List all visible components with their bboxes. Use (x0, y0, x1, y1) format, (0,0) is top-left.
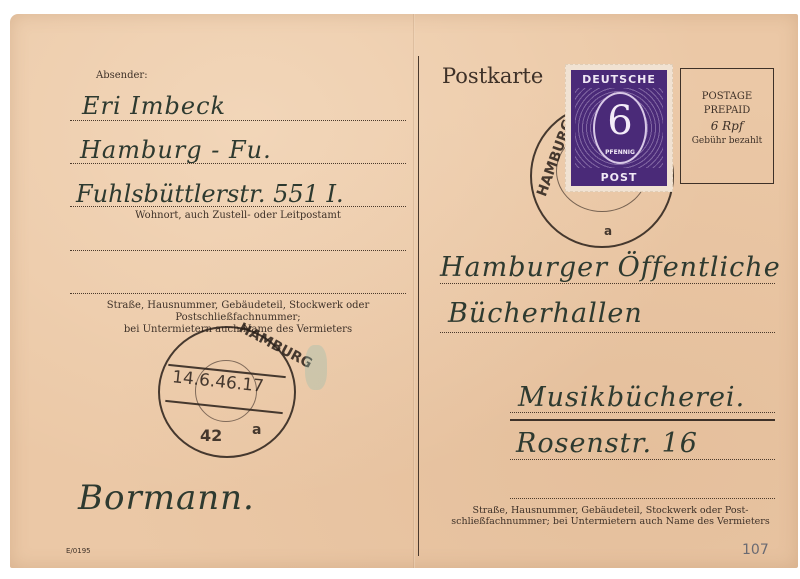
recipient-line-3: Musikbücherei. (518, 382, 745, 413)
sender-street-caption-1: Straße, Hausnummer, Gebäudeteil, Stockwe… (70, 300, 406, 312)
sender-street-caption-2: Postschließfachnummer; (70, 312, 406, 324)
sender-label: Absender: (96, 70, 148, 81)
prepaid-amount: 6 Rpf (681, 119, 773, 133)
stamp-post: POST (571, 171, 667, 184)
sender-line-2 (70, 163, 406, 164)
recipient-line-4: Rosenstr. 16 (516, 428, 698, 459)
recipient-line-1: Hamburger Öffentliche (440, 252, 781, 283)
recipient-dots-1 (440, 283, 775, 284)
prepaid-line-4: Gebühr bezahlt (681, 136, 773, 146)
recipient-dots-5 (510, 498, 775, 499)
recipient-caption-1: Straße, Hausnummer, Gebäudeteil, Stockwe… (438, 505, 783, 516)
postage-prepaid-box: POSTAGE PREPAID 6 Rpf Gebühr bezahlt (680, 68, 774, 184)
stamp-value-oval: 6 PFENNIG (593, 92, 647, 164)
postmark-left-office: 42 (200, 426, 222, 445)
recipient-caption: Straße, Hausnummer, Gebäudeteil, Stockwe… (438, 505, 783, 527)
sender-line-4 (70, 250, 406, 251)
stamp-unit: PFENNIG (595, 149, 645, 156)
postage-stamp: DEUTSCHE 6 PFENNIG POST (565, 64, 673, 192)
sender-line-5 (70, 293, 406, 294)
recipient-dots-4 (510, 459, 775, 460)
center-divider (418, 56, 419, 556)
sender-city: Hamburg - Fu. (80, 136, 272, 164)
postmark-right-sub: a (604, 224, 612, 238)
ink-stain (305, 345, 327, 390)
sender-name: Eri Imbeck (82, 92, 226, 120)
recipient-caption-2: schließfachnummer; bei Untermietern auch… (438, 516, 783, 527)
prepaid-line-2: PREPAID (681, 105, 773, 116)
stamp-country: DEUTSCHE (571, 73, 667, 86)
recipient-dots-3 (510, 412, 775, 413)
sender-place-caption: Wohnort, auch Zustell- oder Leitpostamt (70, 210, 406, 222)
postmark-left-sub: a (252, 422, 261, 438)
stamp-value: 6 (595, 98, 645, 144)
recipient-underline (510, 419, 775, 421)
archive-number: 107 (742, 542, 769, 558)
form-number: E/0195 (66, 547, 91, 555)
fold-crease (413, 14, 415, 568)
message-signature: Bormann. (78, 478, 255, 518)
recipient-line-2: Bücherhallen (448, 298, 643, 329)
sender-line-3 (70, 206, 406, 207)
prepaid-line-1: POSTAGE (681, 91, 773, 102)
sender-street: Fuhlsbüttlerstr. 551 I. (76, 180, 344, 208)
sender-line-1 (70, 120, 406, 121)
recipient-dots-2 (440, 332, 775, 333)
postcard-title: Postkarte (442, 64, 543, 88)
